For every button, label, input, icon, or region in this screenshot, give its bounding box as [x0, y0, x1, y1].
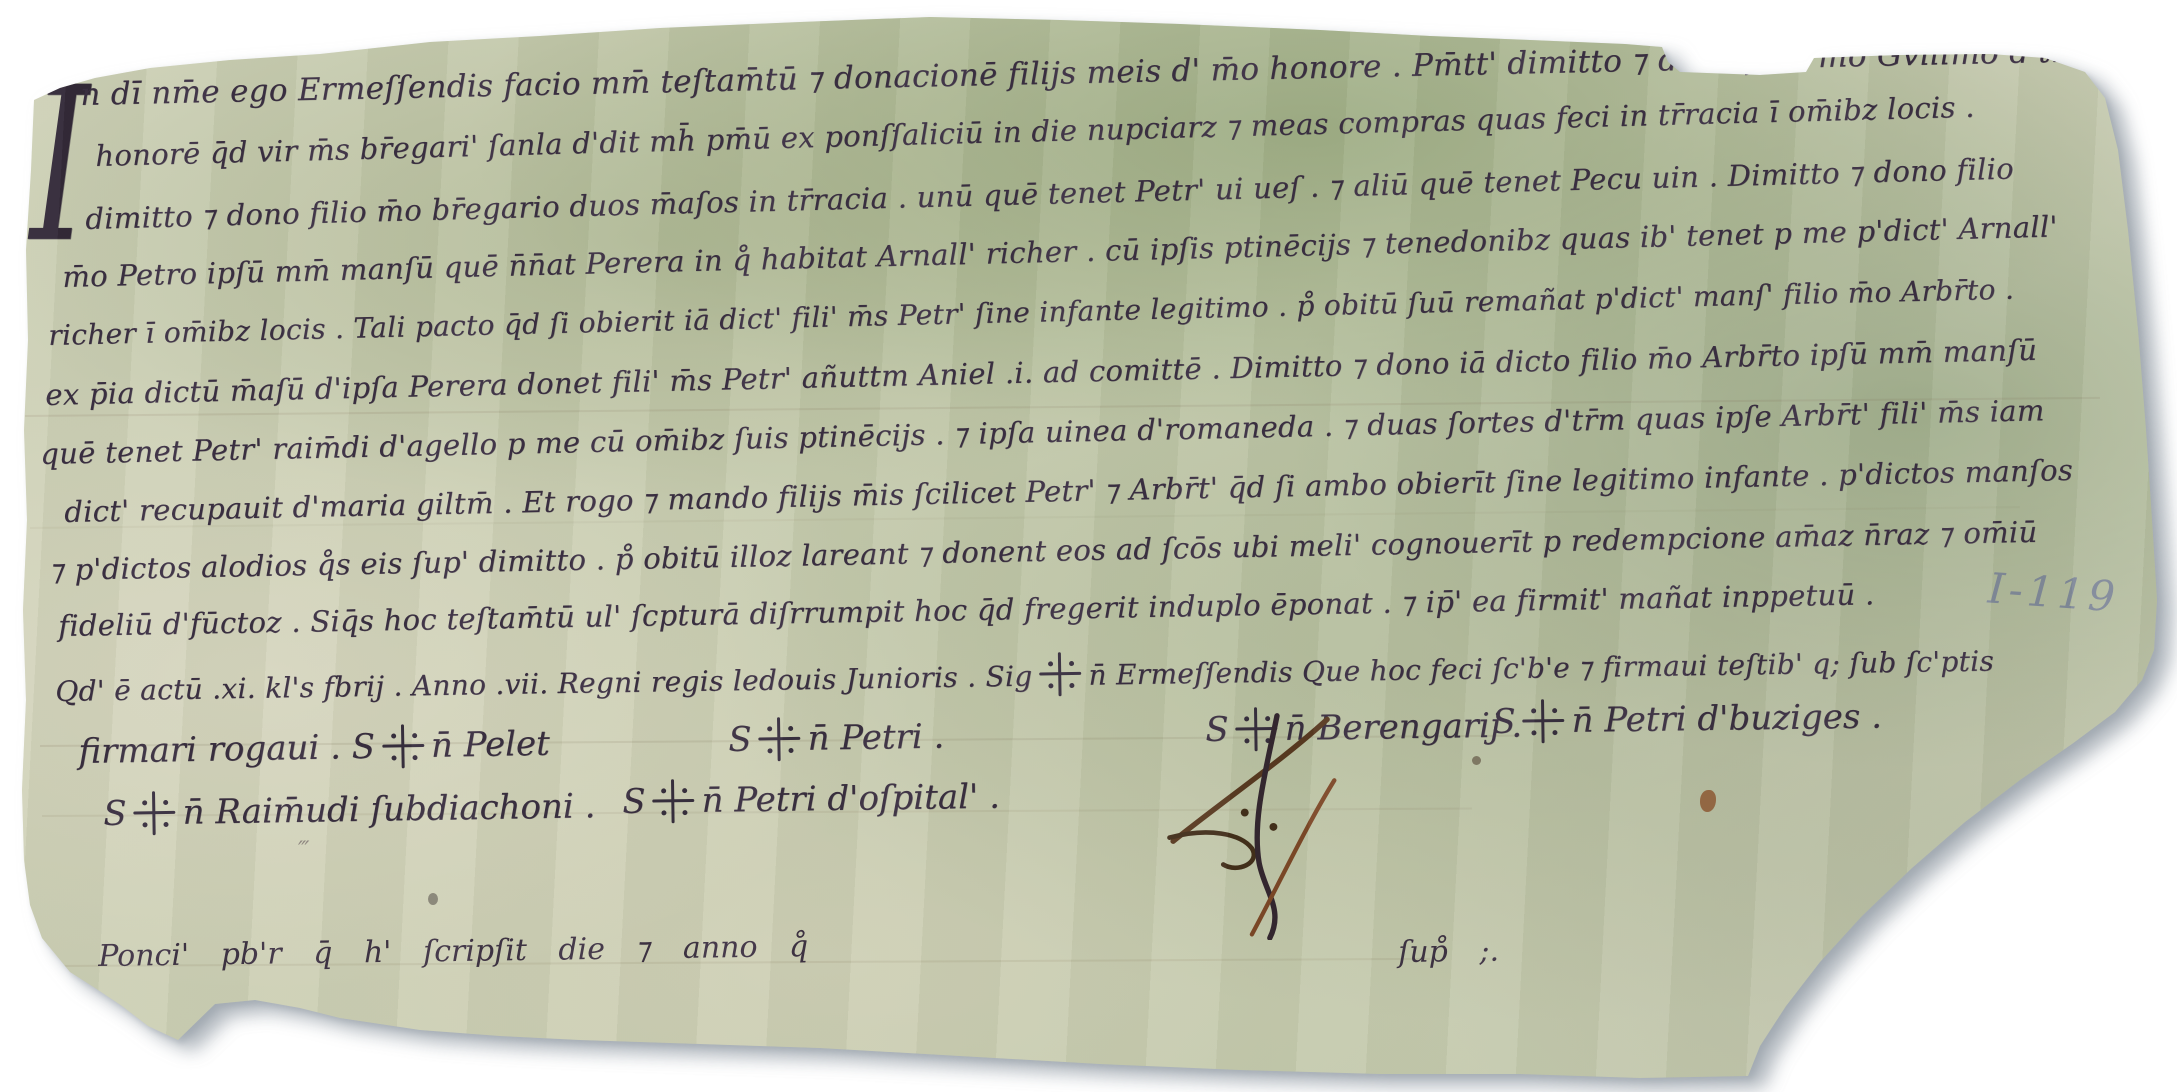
signum-pre: S [1492, 702, 1516, 742]
ink-mark: ‴ [298, 838, 309, 863]
archive-shelfmark: I-119 [1987, 567, 2121, 618]
charter-line: ex p̄ia dictū m̄aſū d'ipſa Perera donet … [45, 336, 2037, 410]
signum-cross-icon [652, 779, 695, 824]
signum-pre: S [728, 720, 752, 760]
dating-text-pre: Qd' ē actū .xi. kl's fbrij . Anno .vii. … [55, 660, 1033, 708]
signum-name: n̄ Pelet [431, 724, 551, 766]
ink-stain [428, 893, 438, 905]
parchment-shadow: I n dī nm̄e ego Ermeſſendis facio mm̄ te… [0, 0, 2177, 1092]
signum-cross-icon [382, 724, 425, 769]
cross-dots [382, 725, 387, 730]
witness-signature: Sn̄ Petri d'buziges . [1492, 695, 1882, 744]
signum-name: n̄ Petri d'oſpital' . [701, 777, 1000, 821]
charter-line: fideliū d'fūctoz . Siq̄s hoc teſtam̄tū u… [58, 580, 1875, 641]
notarial-sign-icon [1148, 712, 1363, 940]
cross-dots [652, 780, 657, 785]
signum-pre: firmari rogaui . S [78, 727, 375, 772]
witness-signature: firmari rogaui . Sn̄ Pelet [78, 722, 550, 774]
cross-dots [1522, 700, 1527, 705]
document-photo: I n dī nm̄e ego Ermeſſendis facio mm̄ te… [0, 0, 2177, 1092]
parchment: I n dī nm̄e ego Ermeſſendis facio mm̄ te… [0, 0, 2177, 1092]
witness-signature: Sn̄ Raim̄udi ſubdiachoni . [103, 784, 596, 836]
signum-name: n̄ Petri d'buziges . [1571, 697, 1882, 741]
signum-name: n̄ Raim̄udi ſubdiachoni . [182, 786, 595, 832]
notary-subscription: Ponci' pb'r q̄ h' ſcripſit die ⁊ anno q̊ [98, 932, 808, 972]
ink-stain [1700, 790, 1716, 812]
signum-pre: S [103, 794, 127, 834]
signum-cross-icon [758, 717, 801, 762]
charter-line: ⁊ p'dictos alodios q̊s eis ſup' dimitto … [50, 518, 2038, 585]
cross-dots [1039, 652, 1044, 657]
witness-signature: Sn̄ Petri . [728, 715, 945, 762]
signum-cross-icon [1039, 652, 1082, 697]
cross-dots [133, 791, 138, 796]
witness-signature: Sn̄ Petri d'oſpital' . [622, 775, 1000, 824]
signum-cross-icon [133, 791, 176, 836]
signum-name: n̄ Petri . [807, 717, 944, 759]
cross-dots [758, 717, 763, 722]
notary-subscription-end: ſup̊ ;. [1398, 937, 1499, 968]
signum-cross-icon [1522, 699, 1565, 744]
signum-pre: S [622, 782, 646, 822]
ink-stain [1472, 756, 1481, 765]
dating-text-post: n̄ Ermeſſendis Que hoc feci ſc'b'e ⁊ fir… [1088, 645, 1994, 692]
